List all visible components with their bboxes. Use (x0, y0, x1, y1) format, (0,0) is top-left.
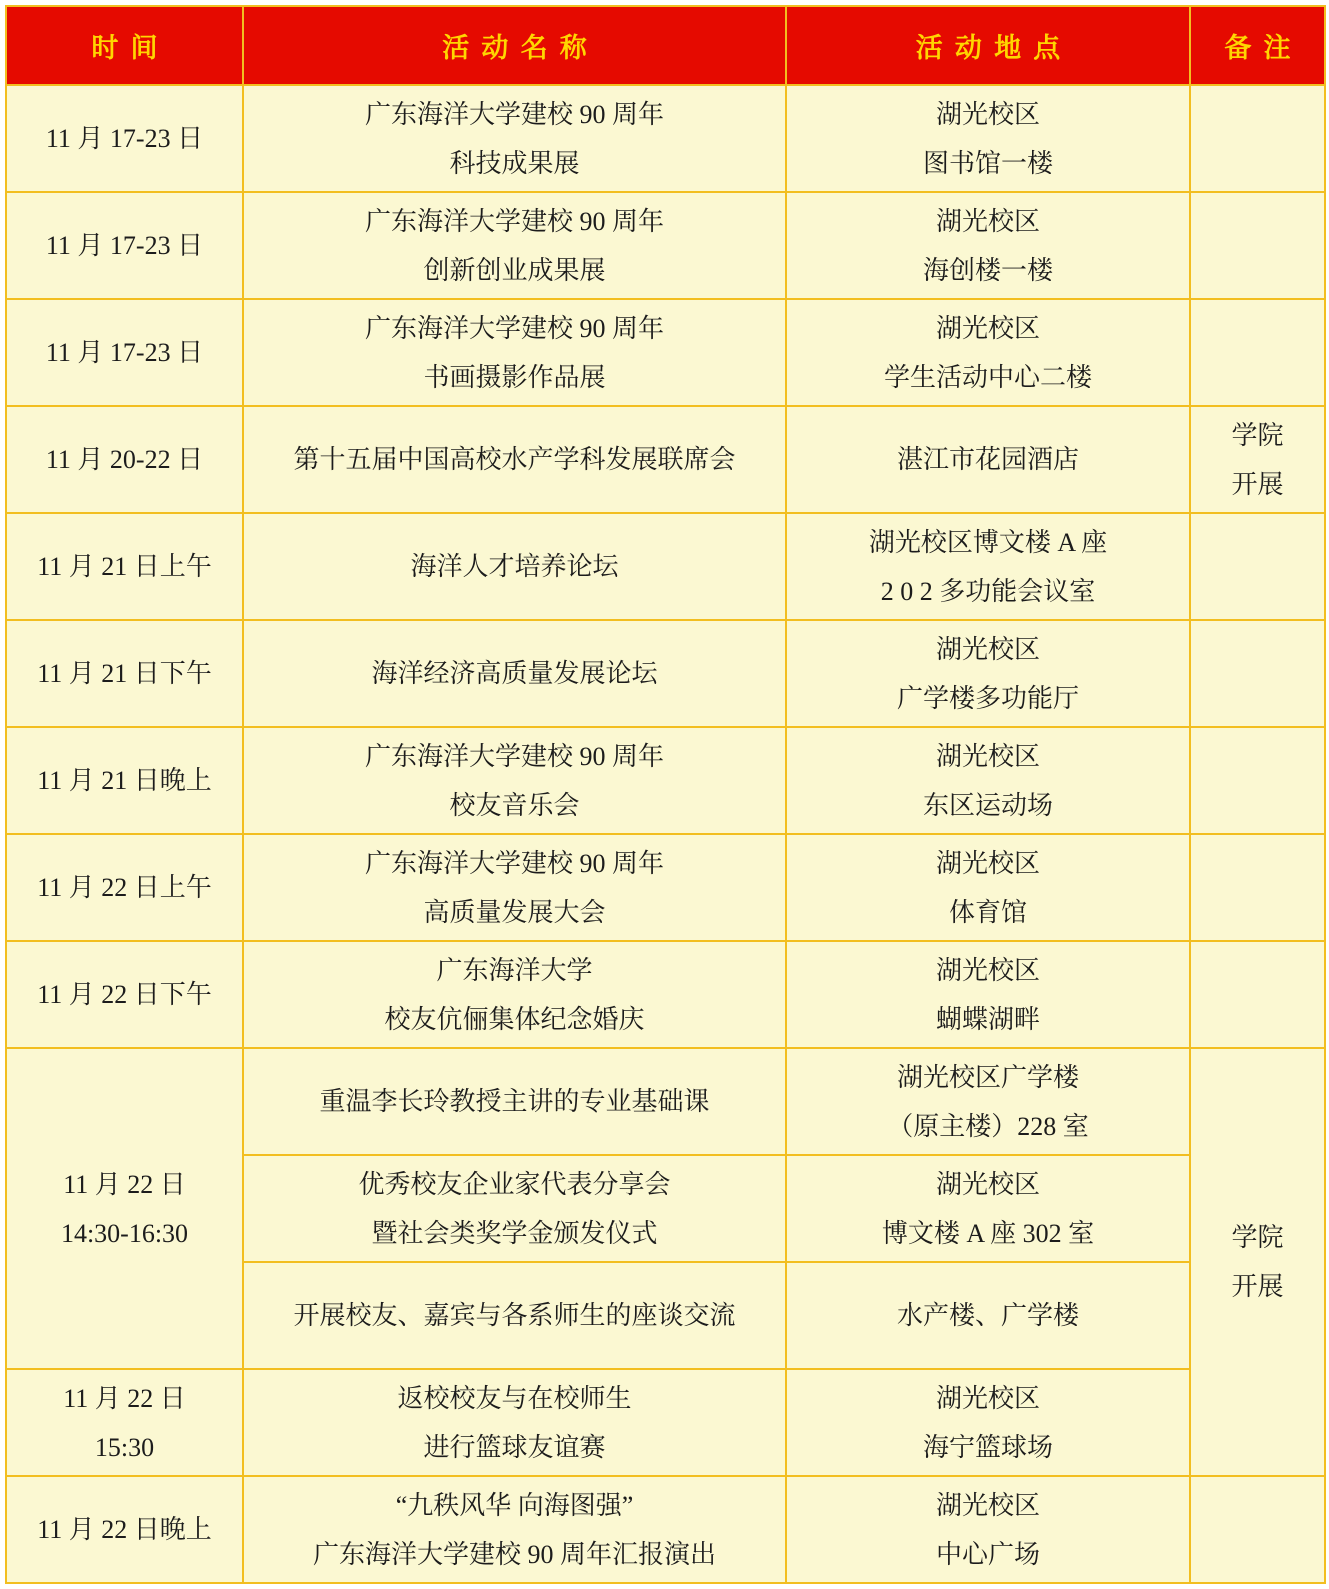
table-row: 11 月 21 日上午 海洋人才培养论坛 湖光校区博文楼 A 座2 0 2 多功… (6, 513, 1325, 620)
cell-time: 11 月 17-23 日 (6, 85, 243, 192)
cell-note (1190, 192, 1325, 299)
cell-time: 11 月 21 日上午 (6, 513, 243, 620)
table-row: 11 月 22 日下午 广东海洋大学校友伉俪集体纪念婚庆 湖光校区蝴蝶湖畔 (6, 941, 1325, 1048)
header-activity-location: 活动地点 (786, 6, 1190, 85)
cell-location: 湖光校区广学楼（原主楼）228 室 (786, 1048, 1190, 1155)
header-time: 时间 (6, 6, 243, 85)
cell-activity-name: 广东海洋大学建校 90 周年创新创业成果展 (243, 192, 786, 299)
cell-location: 湛江市花园酒店 (786, 406, 1190, 513)
event-schedule-table: 时间 活动名称 活动地点 备注 11 月 17-23 日 广东海洋大学建校 90… (5, 5, 1326, 1584)
cell-activity-name: 广东海洋大学建校 90 周年高质量发展大会 (243, 834, 786, 941)
cell-activity-name: 返校校友与在校师生进行篮球友谊赛 (243, 1369, 786, 1476)
cell-activity-name: 重温李长玲教授主讲的专业基础课 (243, 1048, 786, 1155)
cell-note-merged: 学院开展 (1190, 1048, 1325, 1476)
cell-time: 11 月 22 日下午 (6, 941, 243, 1048)
cell-note (1190, 1476, 1325, 1583)
cell-location: 湖光校区博文楼 A 座2 0 2 多功能会议室 (786, 513, 1190, 620)
cell-time: 11 月 22 日15:30 (6, 1369, 243, 1476)
cell-location: 水产楼、广学楼 (786, 1262, 1190, 1369)
cell-time: 11 月 17-23 日 (6, 299, 243, 406)
cell-location: 湖光校区图书馆一楼 (786, 85, 1190, 192)
cell-time: 11 月 21 日下午 (6, 620, 243, 727)
cell-note (1190, 299, 1325, 406)
cell-note (1190, 941, 1325, 1048)
table-row: 11 月 22 日14:30-16:30 重温李长玲教授主讲的专业基础课 湖光校… (6, 1048, 1325, 1155)
cell-time-merged: 11 月 22 日14:30-16:30 (6, 1048, 243, 1369)
cell-location: 湖光校区海宁篮球场 (786, 1369, 1190, 1476)
header-row: 时间 活动名称 活动地点 备注 (6, 6, 1325, 85)
table-row: 11 月 17-23 日 广东海洋大学建校 90 周年创新创业成果展 湖光校区海… (6, 192, 1325, 299)
cell-time: 11 月 22 日晚上 (6, 1476, 243, 1583)
cell-activity-name: 广东海洋大学校友伉俪集体纪念婚庆 (243, 941, 786, 1048)
cell-time: 11 月 22 日上午 (6, 834, 243, 941)
cell-note (1190, 727, 1325, 834)
cell-note (1190, 513, 1325, 620)
event-schedule-sheet: 时间 活动名称 活动地点 备注 11 月 17-23 日 广东海洋大学建校 90… (0, 0, 1329, 1589)
cell-activity-name: 海洋经济高质量发展论坛 (243, 620, 786, 727)
cell-location: 湖光校区中心广场 (786, 1476, 1190, 1583)
cell-location: 湖光校区博文楼 A 座 302 室 (786, 1155, 1190, 1262)
cell-time: 11 月 17-23 日 (6, 192, 243, 299)
table-row: 11 月 20-22 日 第十五届中国高校水产学科发展联席会 湛江市花园酒店 学… (6, 406, 1325, 513)
cell-location: 湖光校区学生活动中心二楼 (786, 299, 1190, 406)
cell-note (1190, 620, 1325, 727)
table-row: 11 月 17-23 日 广东海洋大学建校 90 周年科技成果展 湖光校区图书馆… (6, 85, 1325, 192)
cell-activity-name: “九秩风华 向海图强”广东海洋大学建校 90 周年汇报演出 (243, 1476, 786, 1583)
cell-note (1190, 85, 1325, 192)
cell-activity-name: 第十五届中国高校水产学科发展联席会 (243, 406, 786, 513)
table-row: 11 月 21 日下午 海洋经济高质量发展论坛 湖光校区广学楼多功能厅 (6, 620, 1325, 727)
table-row: 11 月 17-23 日 广东海洋大学建校 90 周年书画摄影作品展 湖光校区学… (6, 299, 1325, 406)
header-note: 备注 (1190, 6, 1325, 85)
cell-activity-name: 广东海洋大学建校 90 周年校友音乐会 (243, 727, 786, 834)
cell-activity-name: 广东海洋大学建校 90 周年书画摄影作品展 (243, 299, 786, 406)
table-row: 11 月 21 日晚上 广东海洋大学建校 90 周年校友音乐会 湖光校区东区运动… (6, 727, 1325, 834)
cell-activity-name: 开展校友、嘉宾与各系师生的座谈交流 (243, 1262, 786, 1369)
cell-time: 11 月 21 日晚上 (6, 727, 243, 834)
table-row: 11 月 22 日上午 广东海洋大学建校 90 周年高质量发展大会 湖光校区体育… (6, 834, 1325, 941)
table-row: 11 月 22 日15:30 返校校友与在校师生进行篮球友谊赛 湖光校区海宁篮球… (6, 1369, 1325, 1476)
cell-location: 湖光校区体育馆 (786, 834, 1190, 941)
cell-note (1190, 834, 1325, 941)
cell-location: 湖光校区海创楼一楼 (786, 192, 1190, 299)
cell-time: 11 月 20-22 日 (6, 406, 243, 513)
cell-location: 湖光校区蝴蝶湖畔 (786, 941, 1190, 1048)
cell-location: 湖光校区东区运动场 (786, 727, 1190, 834)
cell-location: 湖光校区广学楼多功能厅 (786, 620, 1190, 727)
cell-activity-name: 广东海洋大学建校 90 周年科技成果展 (243, 85, 786, 192)
cell-activity-name: 优秀校友企业家代表分享会暨社会类奖学金颁发仪式 (243, 1155, 786, 1262)
cell-note: 学院开展 (1190, 406, 1325, 513)
table-row: 11 月 22 日晚上 “九秩风华 向海图强”广东海洋大学建校 90 周年汇报演… (6, 1476, 1325, 1583)
cell-activity-name: 海洋人才培养论坛 (243, 513, 786, 620)
header-activity-name: 活动名称 (243, 6, 786, 85)
